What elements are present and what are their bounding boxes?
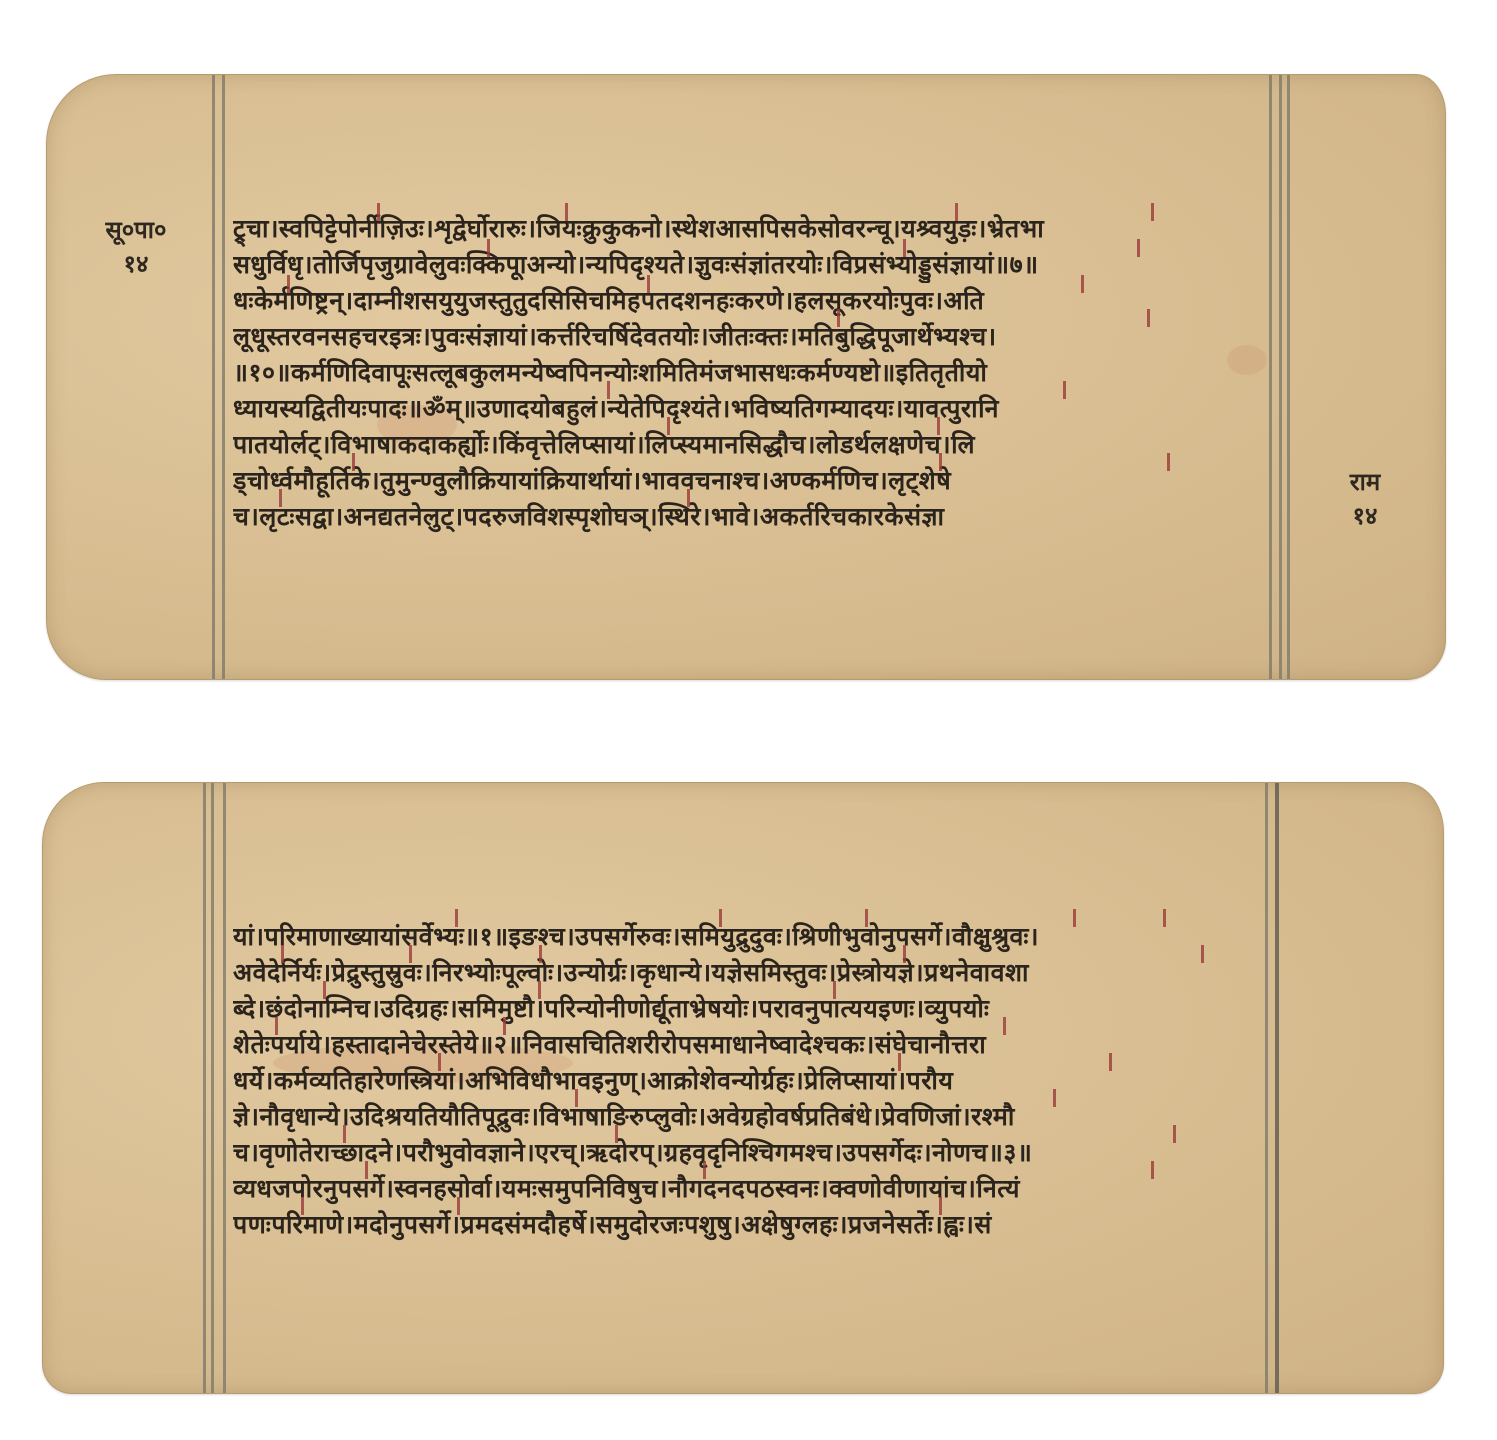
red-punctuation-mark	[615, 1125, 618, 1143]
red-punctuation-mark	[503, 1017, 506, 1035]
red-punctuation-mark	[1151, 203, 1154, 221]
red-punctuation-mark	[939, 453, 942, 471]
red-punctuation-mark	[703, 1161, 706, 1179]
left-border-rule	[211, 783, 214, 1393]
red-punctuation-mark	[275, 1017, 278, 1035]
left-border-rule	[203, 783, 206, 1393]
red-punctuation-mark	[647, 275, 650, 293]
red-punctuation-mark	[898, 1053, 901, 1071]
red-punctuation-mark	[281, 945, 284, 963]
red-punctuation-mark	[667, 417, 670, 435]
folio-text-block: ट्र्चा।स्वपिट्टेपोर्नीज़िउः।शृद्वेर्घोरा…	[233, 211, 1269, 535]
red-punctuation-mark	[487, 239, 490, 257]
text-line: पणःपरिमाणे।मदोनुपसर्गे।प्रमदसंमदौहर्षे।स…	[233, 1207, 1267, 1243]
red-punctuation-mark	[1201, 945, 1204, 963]
folio-text-block: यां।परिमाणाख्यायांसर्वेभ्यः॥१॥इङश्च।उपसर…	[233, 919, 1267, 1243]
red-punctuation-mark	[607, 381, 610, 399]
right-border-rule	[1275, 783, 1279, 1393]
text-line: ॥१०॥कर्मणिदिवापूःसत्लूबकुलमन्येष्वपिनन्य…	[233, 355, 1269, 391]
red-punctuation-mark	[438, 1053, 441, 1071]
red-punctuation-mark	[352, 453, 355, 471]
red-punctuation-mark	[687, 489, 690, 507]
text-line: पातयोर्लट्।विभाषाकदाकर्ह्योः।किंवृत्तेलि…	[233, 427, 1269, 463]
red-punctuation-mark	[565, 203, 568, 221]
red-punctuation-mark	[1163, 909, 1166, 927]
red-punctuation-mark	[1109, 1053, 1112, 1071]
text-line: ट्र्चा।स्वपिट्टेपोर्नीज़िउः।शृद्वेर्घोरा…	[233, 211, 1269, 247]
margin-abbreviation: सू०पा०	[81, 213, 191, 247]
red-punctuation-mark	[455, 909, 458, 927]
red-punctuation-mark	[575, 1089, 578, 1107]
red-punctuation-mark	[1003, 1017, 1006, 1035]
red-punctuation-mark	[287, 275, 290, 293]
text-line: यां।परिमाणाख्यायांसर्वेभ्यः॥१॥इङश्च।उपसर…	[233, 919, 1267, 955]
left-border-rule	[222, 75, 225, 679]
red-punctuation-mark	[1147, 309, 1150, 327]
red-punctuation-mark	[1167, 453, 1170, 471]
margin-folio-number: १४	[81, 247, 191, 281]
manuscript-folio-top: सू०पा० १४ राम १४ ट्र्चा।स्वपिट्टेपोर्नीज…	[46, 74, 1446, 680]
red-punctuation-mark	[1081, 275, 1084, 293]
red-punctuation-mark	[1151, 1161, 1154, 1179]
text-line: ब्दे।छंदोनाम्निच।उदिग्रहः।समिमुष्टौ।परिन…	[233, 991, 1267, 1027]
text-line: च।लृटःसद्वा।अनद्यतनेलुट्।पदरुजविशस्पृशोघ…	[233, 499, 1269, 535]
red-punctuation-mark	[365, 1161, 368, 1179]
red-punctuation-mark	[409, 945, 412, 963]
text-line: लूधूस्तरवनसहचरइत्रः।पुवःसंज्ञायां।कर्त्त…	[233, 319, 1269, 355]
red-punctuation-mark	[719, 909, 722, 927]
red-punctuation-mark	[539, 945, 542, 963]
text-line: अवेदेर्निर्यः।प्रेद्रुस्तुस्रुवः।निरभ्यो…	[233, 955, 1267, 991]
text-line: व्यधजपोरनुपसर्गे।स्वनहसोर्वा।यमःसमुपनिवि…	[233, 1171, 1267, 1207]
red-punctuation-mark	[279, 489, 282, 507]
red-punctuation-mark	[937, 417, 940, 435]
text-line: ध्यायस्यद्वितीयःपादः॥ॐम्॥उणादयोबहुलं।न्य…	[233, 391, 1269, 427]
margin-name: राम	[1315, 465, 1415, 499]
text-line: धःकेर्मणिष्ट्रन्।दाम्नीशसयुयुजस्तुतुदसिस…	[233, 283, 1269, 319]
right-border-rule	[1279, 75, 1282, 679]
red-punctuation-mark	[457, 1197, 460, 1215]
red-punctuation-mark	[301, 1197, 304, 1215]
red-punctuation-mark	[903, 239, 906, 257]
red-punctuation-mark	[833, 981, 836, 999]
text-line: ड्चोर्ध्वमौहूर्तिके।तुमुन्ण्वुलौक्रियाया…	[233, 463, 1269, 499]
manuscript-folio-bottom: यां।परिमाणाख्यायांसर्वेभ्यः॥१॥इङश्च।उपसर…	[42, 782, 1444, 1394]
red-punctuation-mark	[955, 203, 958, 221]
red-punctuation-mark	[1137, 239, 1140, 257]
left-border-rule	[223, 783, 226, 1393]
text-line: च।वृणोतेराच्छादने।परौभुवोवज्ञाने।एरच्।ऋद…	[233, 1135, 1267, 1171]
right-border-rule	[1287, 75, 1290, 679]
red-punctuation-mark	[1053, 1089, 1056, 1107]
left-border-rule	[212, 75, 215, 679]
red-punctuation-mark	[837, 309, 840, 327]
red-punctuation-mark	[343, 1125, 346, 1143]
red-punctuation-mark	[1173, 1125, 1176, 1143]
right-margin-folio-label: राम १४	[1315, 465, 1415, 533]
red-punctuation-mark	[323, 981, 326, 999]
right-border-rule	[1269, 75, 1272, 679]
margin-folio-number: १४	[1315, 499, 1415, 533]
red-punctuation-mark	[903, 945, 906, 963]
text-line: ज्ञे।नौवृधान्ये।उदिश्रयतियौतिपूद्रुवः।वि…	[233, 1099, 1267, 1135]
red-punctuation-mark	[939, 1197, 942, 1215]
left-margin-folio-label: सू०पा० १४	[81, 213, 191, 281]
red-punctuation-mark	[1063, 381, 1066, 399]
red-punctuation-mark	[1073, 909, 1076, 927]
text-line: सधुर्विधृ।तोर्जिपृजुग्रावेलुवःक्किपूाअन्…	[233, 247, 1269, 283]
red-punctuation-mark	[865, 909, 868, 927]
red-punctuation-mark	[377, 203, 380, 221]
red-punctuation-mark	[538, 981, 541, 999]
